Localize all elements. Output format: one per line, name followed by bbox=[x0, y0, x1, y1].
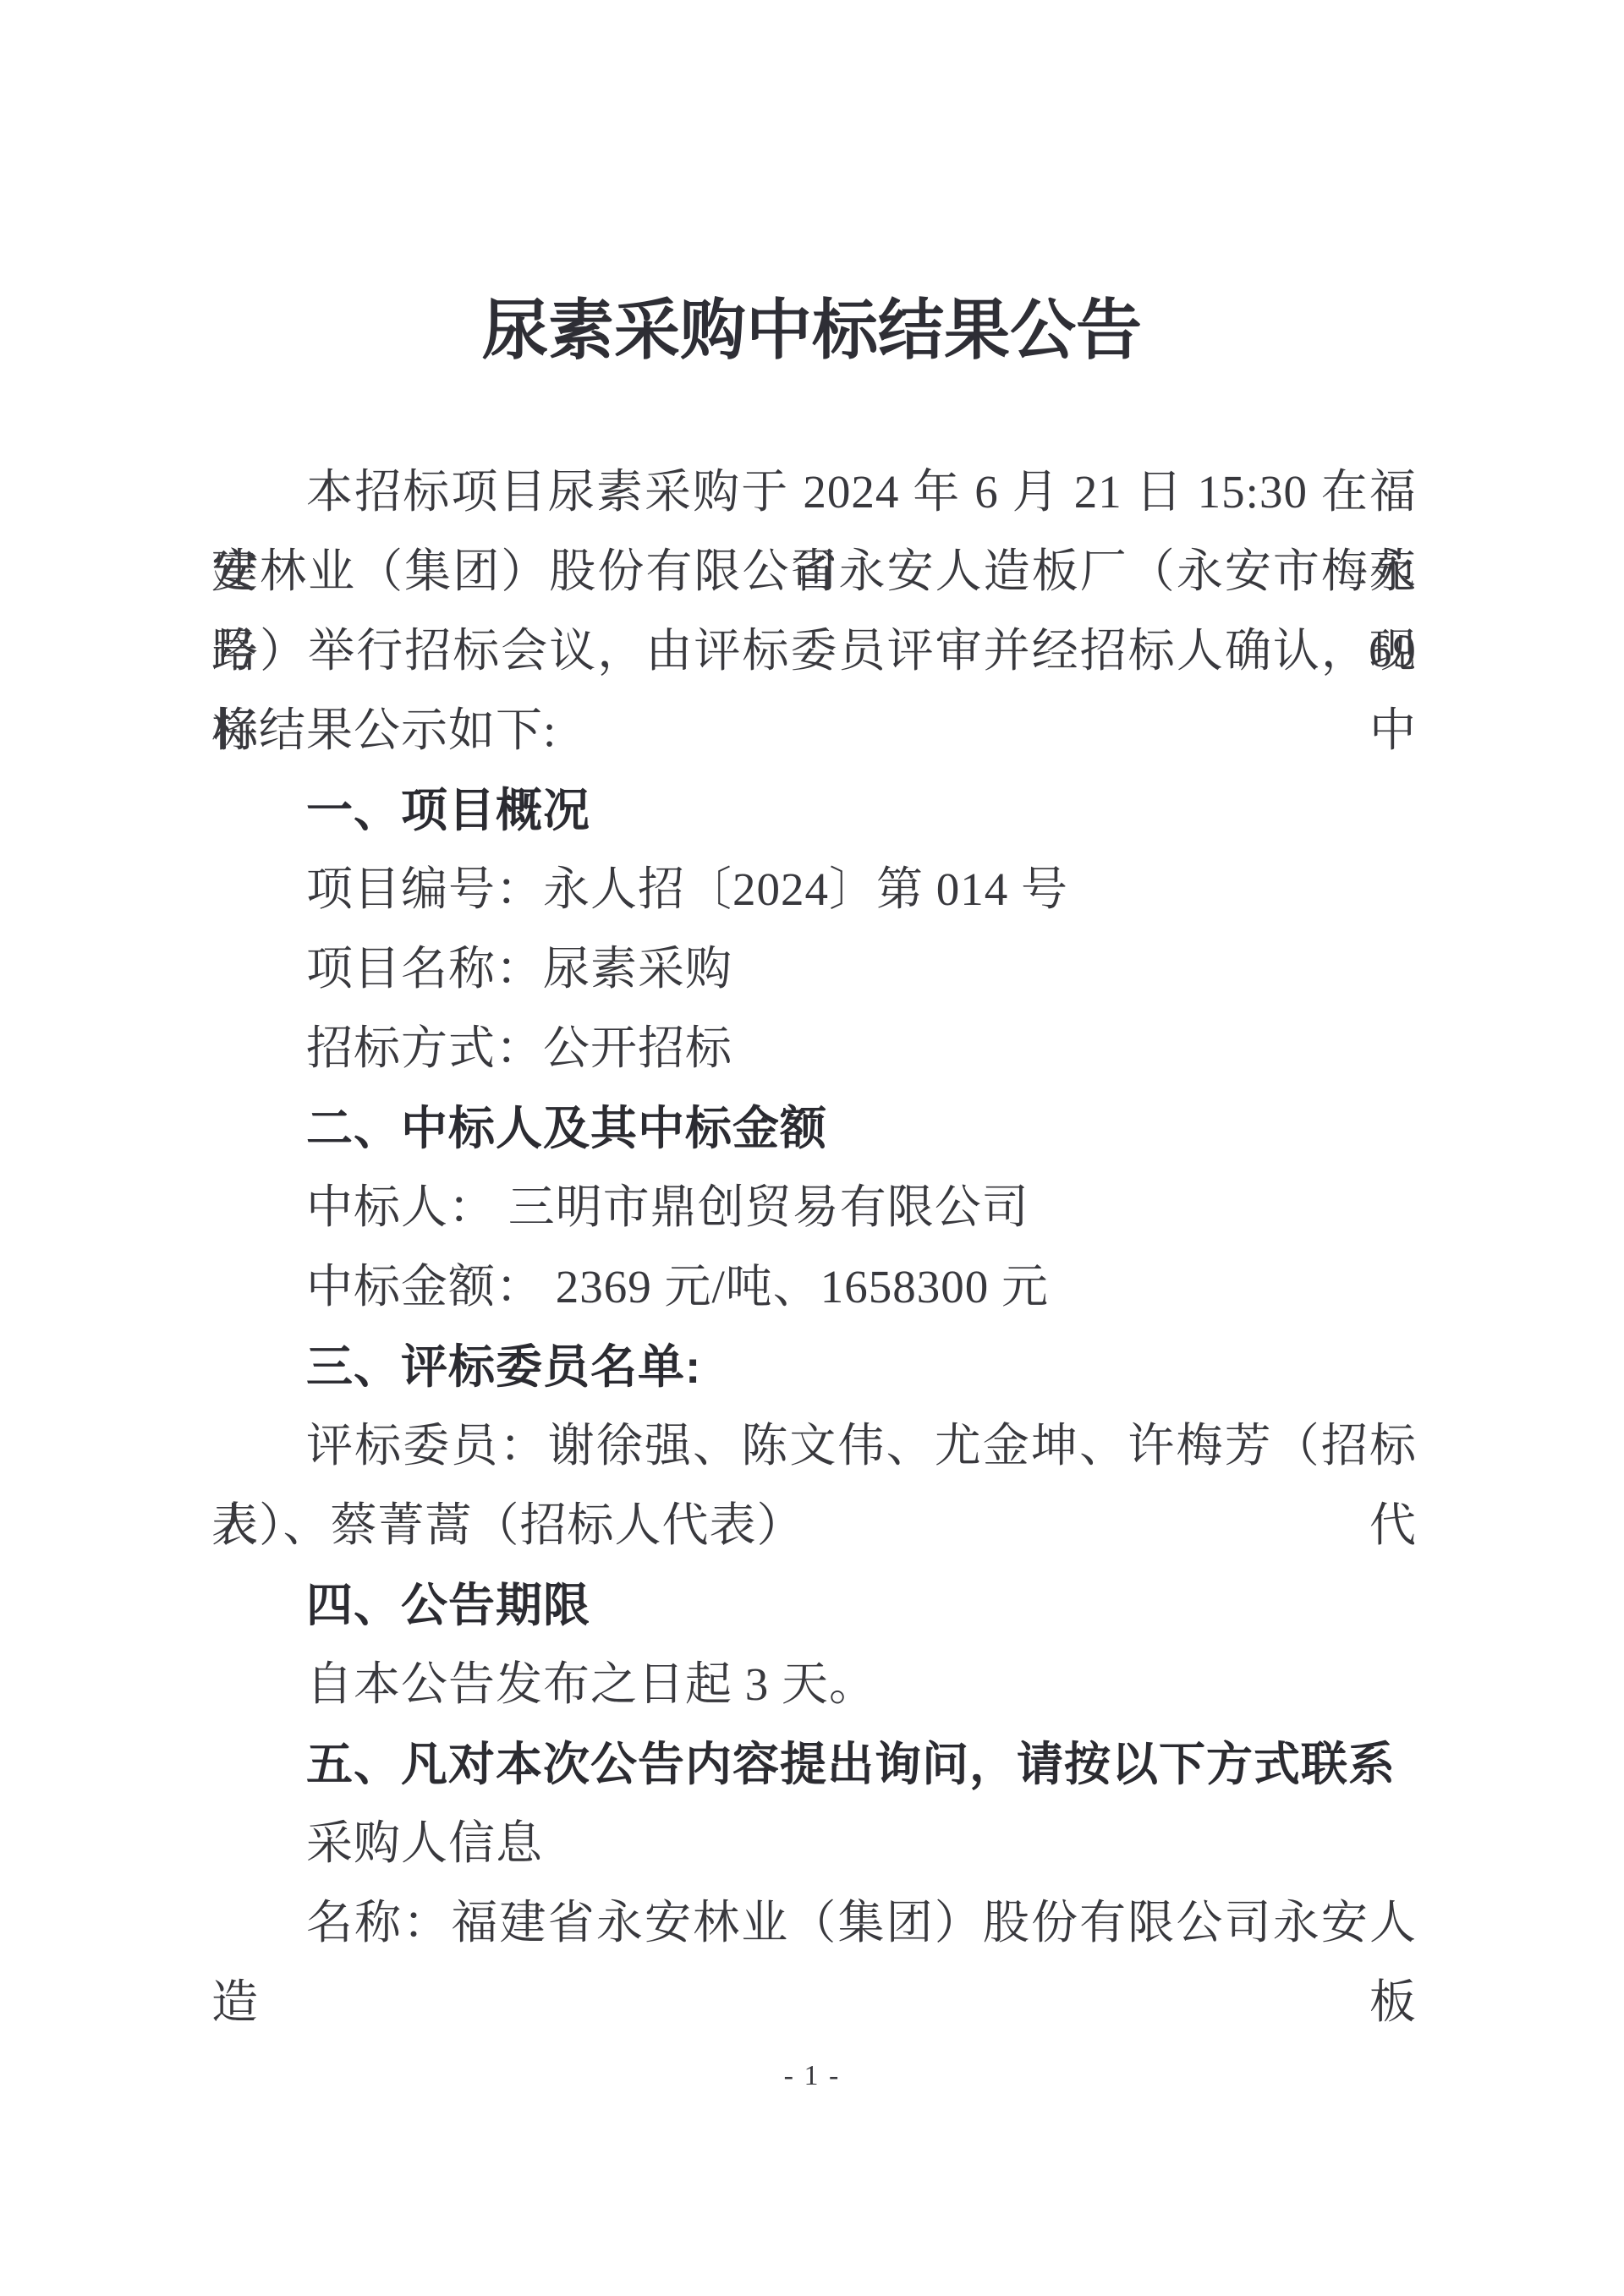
purchaser-info-label: 采购人信息 bbox=[211, 1804, 1417, 1883]
announcement-period-line: 自本公告发布之日起 3 天。 bbox=[211, 1645, 1417, 1724]
page-number: - 1 - bbox=[0, 2060, 1624, 2092]
heading-committee-list: 三、评标委员名单: bbox=[211, 1327, 1417, 1406]
purchaser-name-line: 名称：福建省永安林业（集团）股份有限公司永安人造板 bbox=[211, 1883, 1417, 1963]
committee-line-1: 评标委员：谢徐强、陈文伟、尤金坤、许梅芳（招标人代 bbox=[211, 1406, 1417, 1486]
winner-line: 中标人： 三明市鼎创贸易有限公司 bbox=[211, 1168, 1417, 1247]
document-title: 尿素采购中标结果公告 bbox=[0, 281, 1624, 381]
document-body: 本招标项目尿素采购于 2024 年 6 月 21 日 15:30 在福建省永 安… bbox=[211, 452, 1417, 1963]
winning-amount-line: 中标金额： 2369 元/吨、1658300 元 bbox=[211, 1247, 1417, 1327]
tender-method-line: 招标方式：公开招标 bbox=[211, 1009, 1417, 1088]
heading-project-overview: 一、项目概况 bbox=[211, 770, 1417, 850]
project-name-line: 项目名称：尿素采购 bbox=[211, 929, 1417, 1009]
heading-winner-amount: 二、中标人及其中标金额 bbox=[211, 1088, 1417, 1168]
project-number-line: 项目编号：永人招〔2024〕第 014 号 bbox=[211, 850, 1417, 929]
intro-line-2: 安林业（集团）股份有限公司永安人造板厂（永安市梅苑路 69 bbox=[211, 532, 1417, 611]
heading-contact-method: 五、凡对本次公告内容提出询问，请按以下方式联系 bbox=[211, 1724, 1417, 1804]
intro-line-3: 号）举行招标会议，由评标委员评审并经招标人确认，现将中 bbox=[211, 611, 1417, 691]
heading-announcement-period: 四、公告期限 bbox=[211, 1565, 1417, 1645]
document-page: 尿素采购中标结果公告 本招标项目尿素采购于 2024 年 6 月 21 日 15… bbox=[0, 0, 1624, 2296]
intro-line-1: 本招标项目尿素采购于 2024 年 6 月 21 日 15:30 在福建省永 bbox=[211, 452, 1417, 532]
